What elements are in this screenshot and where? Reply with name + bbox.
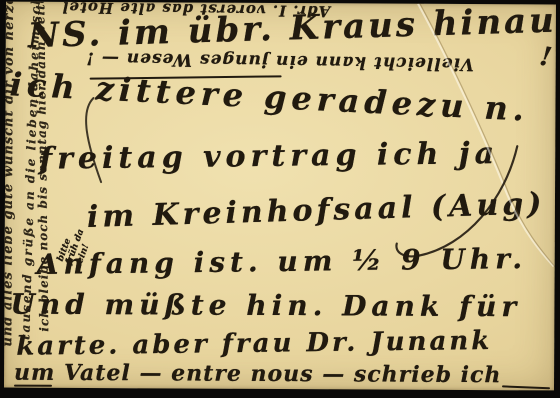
- ink-underline: [502, 385, 550, 389]
- handwriting-stray-mark: !: [538, 44, 554, 73]
- handwriting-line: karte. aber frau Dr. Junank: [16, 328, 492, 361]
- handwriting-line: Und müßte hin. Dank für: [10, 290, 521, 322]
- scanned-postcard-page: { "scan": { "background_color": "#0a0908…: [0, 0, 560, 398]
- ink-underline: [14, 385, 52, 387]
- postcard-paper: und alles liebe gute wünscht dir von her…: [4, 2, 556, 391]
- handwriting-line-inverted: Vielleicht kann ein junges Wesen — !: [34, 47, 526, 73]
- handwriting-line: um Vatel — entre nous — schrieb ich: [14, 362, 501, 388]
- handwriting-line: Anfang ist. um ½ 9 Uhr.: [36, 244, 527, 279]
- handwriting-line: im Kreinhofsaal (Aug): [87, 188, 546, 233]
- handwriting-line: freitag vortrag ich ja: [39, 138, 499, 175]
